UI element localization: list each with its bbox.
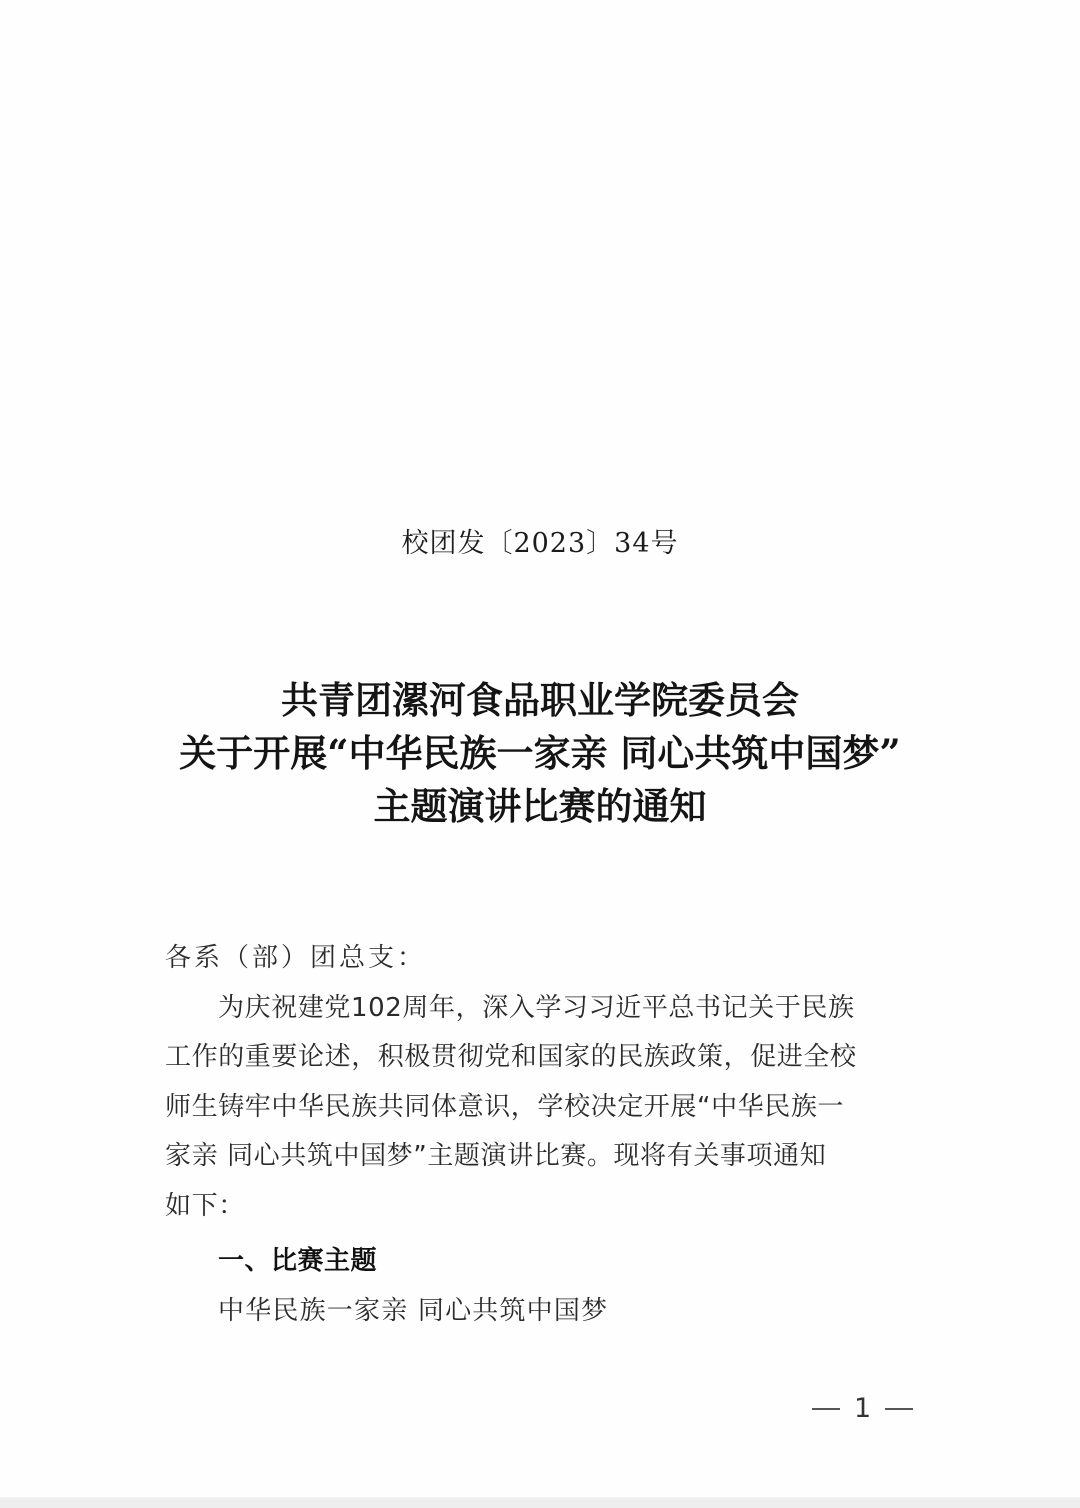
paragraph-line: 如下： bbox=[165, 1182, 917, 1232]
dash-left-icon bbox=[812, 1408, 840, 1410]
title-line-3: 主题演讲比赛的通知 bbox=[0, 780, 1080, 833]
dash-right-icon bbox=[885, 1408, 913, 1410]
document-number: 校团发〔2023〕34号 bbox=[0, 524, 1080, 564]
section-content: 中华民族一家亲 同心共筑中国梦 bbox=[165, 1287, 917, 1337]
document-title: 共青团漯河食品职业学院委员会 关于开展“中华民族一家亲 同心共筑中国梦” 主题演… bbox=[0, 674, 1080, 833]
page-number-value: 1 bbox=[854, 1393, 871, 1424]
paragraph-line: 师生铸牢中华民族共同体意识，学校决定开展“中华民族一 bbox=[165, 1083, 917, 1133]
bottom-strip bbox=[0, 1497, 1080, 1508]
paragraph-line: 工作的重要论述，积极贯彻党和国家的民族政策，促进全校 bbox=[165, 1033, 917, 1083]
paragraph-line: 为庆祝建党102周年，深入学习习近平总书记关于民族 bbox=[165, 984, 917, 1034]
paragraph-line: 家亲 同心共筑中国梦”主题演讲比赛。现将有关事项通知 bbox=[165, 1132, 917, 1182]
salutation: 各系（部）团总支： bbox=[165, 934, 917, 984]
title-line-1: 共青团漯河食品职业学院委员会 bbox=[0, 674, 1080, 727]
title-line-2: 关于开展“中华民族一家亲 同心共筑中国梦” bbox=[0, 727, 1080, 780]
page-number: 1 bbox=[812, 1393, 913, 1424]
section-heading: 一、比赛主题 bbox=[165, 1237, 917, 1287]
document-page: 校团发〔2023〕34号 共青团漯河食品职业学院委员会 关于开展“中华民族一家亲… bbox=[0, 0, 1080, 1497]
intro-paragraph: 为庆祝建党102周年，深入学习习近平总书记关于民族 工作的重要论述，积极贯彻党和… bbox=[165, 984, 917, 1232]
document-body: 各系（部）团总支： 为庆祝建党102周年，深入学习习近平总书记关于民族 工作的重… bbox=[165, 934, 917, 1336]
